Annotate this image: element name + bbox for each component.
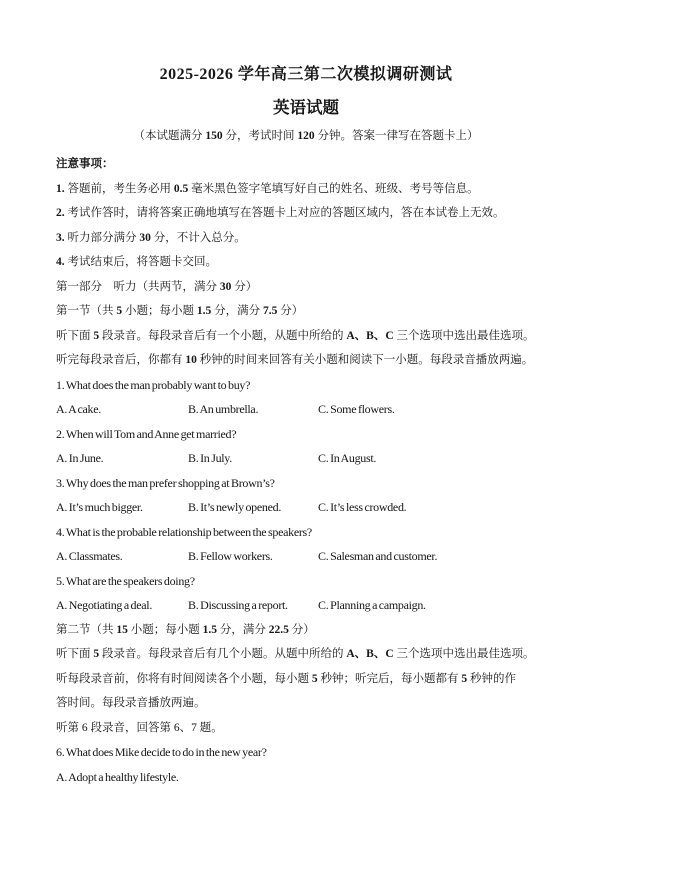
paper-header: 2025-2026 学年高三第二次模拟调研测试 英语试题 （本试题满分 150 … — [56, 64, 556, 148]
paper-subtitle: 英语试题 — [56, 96, 556, 120]
question-2-text: 2. When will Tom and Anne get married? — [56, 422, 656, 447]
question-5-option-c: C. Planning a campaign. — [318, 593, 426, 618]
notice-item-1: 1. 答题前，考生务必用 0.5 毫米黑色签字笔填写好自己的姓名、班级、考号等信… — [56, 177, 656, 202]
question-1-option-b: B. An umbrella. — [188, 397, 318, 422]
notice-section: 注意事项： 1. 答题前，考生务必用 0.5 毫米黑色签字笔填写好自己的姓名、班… — [56, 152, 656, 275]
question-3-text: 3. Why does the man prefer shopping at B… — [56, 471, 656, 496]
question-1-option-c: C. Some flowers. — [318, 397, 395, 422]
section2-listening-cue: 听第 6 段录音，回答第 6、7 题。 — [56, 716, 656, 741]
question-3-option-a: A. It’s much bigger. — [56, 495, 188, 520]
paper-title: 2025-2026 学年高三第二次模拟调研测试 — [56, 64, 556, 86]
exam-paper-page: 2025-2026 学年高三第二次模拟调研测试 英语试题 （本试题满分 150 … — [0, 0, 700, 789]
question-5-options: A. Negotiating a deal. B. Discussing a r… — [56, 593, 656, 618]
question-1-option-a: A. A cake. — [56, 397, 188, 422]
question-3-option-b: B. It’s newly opened. — [188, 495, 318, 520]
section1-instruction-2: 听完每段录音后，你都有 10 秒钟的时间来回答有关小题和阅读下一小题。每段录音播… — [56, 348, 656, 373]
notice-item-2: 2. 考试作答时，请将答案正确地填写在答题卡上对应的答题区域内，答在本试卷上无效… — [56, 201, 656, 226]
question-6-option-a: A. Adopt a healthy lifestyle. — [56, 765, 179, 790]
question-5-text: 5. What are the speakers doing? — [56, 569, 656, 594]
section1-instruction-1: 听下面 5 段录音。每段录音后有一个小题，从题中所给的 A、B、C 三个选项中选… — [56, 324, 656, 349]
section2-heading: 第二节（共 15 小题；每小题 1.5 分，满分 22.5 分） — [56, 618, 656, 643]
section2-instruction-2: 听每段录音前，你将有时间阅读各个小题，每小题 5 秒钟；听完后，每小题都有 5 … — [56, 667, 656, 692]
question-6-options: A. Adopt a healthy lifestyle. — [56, 765, 656, 790]
question-4-option-b: B. Fellow workers. — [188, 544, 318, 569]
question-3: 3. Why does the man prefer shopping at B… — [56, 471, 656, 520]
notice-heading: 注意事项： — [56, 152, 656, 177]
question-4-option-c: C. Salesman and customer. — [318, 544, 437, 569]
question-1-text: 1. What does the man probably want to bu… — [56, 373, 656, 398]
section1-heading: 第一节（共 5 小题；每小题 1.5 分，满分 7.5 分） — [56, 299, 656, 324]
question-2-options: A. In June. B. In July. C. In August. — [56, 446, 656, 471]
question-5: 5. What are the speakers doing? A. Negot… — [56, 569, 656, 618]
question-4-text: 4. What is the probable relationship bet… — [56, 520, 656, 545]
section2-instruction-3: 答时间。每段录音播放两遍。 — [56, 691, 656, 716]
question-3-option-c: C. It’s less crowded. — [318, 495, 406, 520]
part1-heading: 第一部分 听力（共两节，满分 30 分） — [56, 275, 656, 300]
question-3-options: A. It’s much bigger. B. It’s newly opene… — [56, 495, 656, 520]
question-6: 6. What does Mike decide to do in the ne… — [56, 740, 656, 789]
notice-item-3: 3. 听力部分满分 30 分，不计入总分。 — [56, 226, 656, 251]
question-1-options: A. A cake. B. An umbrella. C. Some flowe… — [56, 397, 656, 422]
question-4-options: A. Classmates. B. Fellow workers. C. Sal… — [56, 544, 656, 569]
question-6-text: 6. What does Mike decide to do in the ne… — [56, 740, 656, 765]
question-4: 4. What is the probable relationship bet… — [56, 520, 656, 569]
question-1: 1. What does the man probably want to bu… — [56, 373, 656, 422]
part1-listening-section: 第一部分 听力（共两节，满分 30 分） 第一节（共 5 小题；每小题 1.5 … — [56, 275, 656, 790]
notice-item-4: 4. 考试结束后，将答题卡交回。 — [56, 250, 656, 275]
question-4-option-a: A. Classmates. — [56, 544, 188, 569]
exam-meta-line: （本试题满分 150 分，考试时间 120 分钟。答案一律写在答题卡上） — [56, 124, 556, 148]
question-5-option-b: B. Discussing a report. — [188, 593, 318, 618]
question-2-option-b: B. In July. — [188, 446, 318, 471]
section2-instruction-1: 听下面 5 段录音。每段录音后有几个小题。从题中所给的 A、B、C 三个选项中选… — [56, 642, 656, 667]
question-5-option-a: A. Negotiating a deal. — [56, 593, 188, 618]
question-2-option-a: A. In June. — [56, 446, 188, 471]
question-2-option-c: C. In August. — [318, 446, 376, 471]
question-2: 2. When will Tom and Anne get married? A… — [56, 422, 656, 471]
